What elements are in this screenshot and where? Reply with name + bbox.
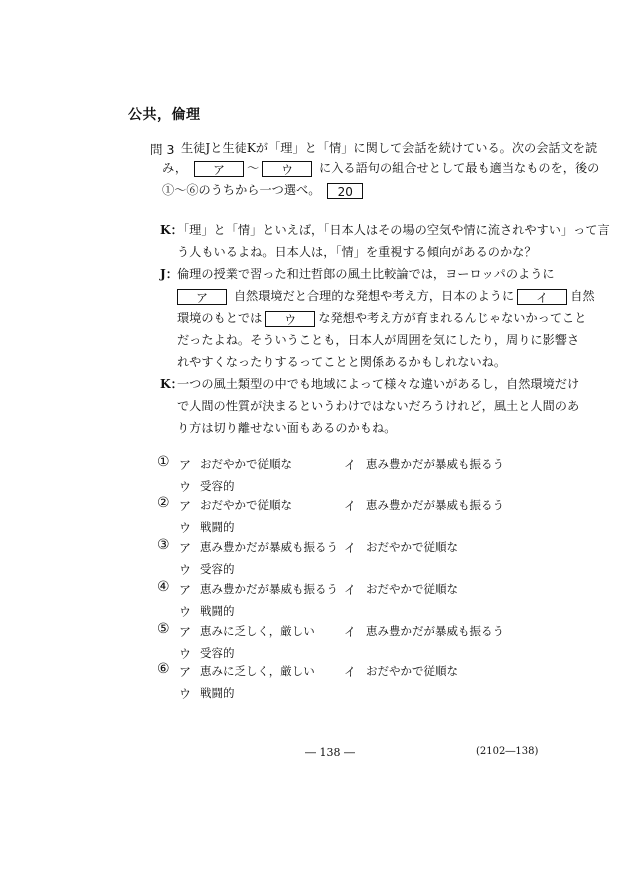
option-2-i-text: 恵み豊かだが暴威も振るう <box>366 497 504 513</box>
option-5-u-text: 受容的 <box>200 645 235 661</box>
blank-box-a: ア <box>194 161 244 177</box>
question-line3: ①～⑥のうちから一つ選べ。 <box>162 183 320 197</box>
option-4-u-label: ウ <box>179 603 191 620</box>
question-text-line3: ①～⑥のうちから一つ選べ。 20 <box>162 181 366 199</box>
option-4-a-label: ア <box>179 581 191 598</box>
option-5-i-label: イ <box>344 623 356 640</box>
option-2-i-label: イ <box>344 497 356 514</box>
page-number: ― 138 ― <box>305 746 355 759</box>
option-5-a-text: 恵みに乏しく，厳しい <box>200 623 315 639</box>
question-label: 問 3 <box>150 140 174 158</box>
option-2-u-text: 戦闘的 <box>200 519 235 535</box>
option-2-number[interactable]: ② <box>157 495 170 511</box>
dialogue-j-line1: 倫理の授業で習った和辻哲郎の風土比較論では，ヨーロッパのように <box>177 265 555 283</box>
option-3-i-label: イ <box>344 539 356 556</box>
option-6-a-label: ア <box>179 663 191 680</box>
option-1-a-label: ア <box>179 456 191 473</box>
option-4-i-label: イ <box>344 581 356 598</box>
dialogue-k2-line2: で人間の性質が決まるというわけではないだろうけれど，風土と人間のあ <box>177 397 579 415</box>
option-2-a-label: ア <box>179 497 191 514</box>
dialogue-j-line3: 環境のもとではウな発想や考え方が育まれるんじゃないかってこと <box>177 309 586 327</box>
question-line2-prefix: み， <box>162 161 187 175</box>
option-5-number[interactable]: ⑤ <box>157 621 170 637</box>
option-3-a-label: ア <box>179 539 191 556</box>
option-3-i-text: おだやかで従順な <box>366 539 458 555</box>
dialogue-j-line2: ア 自然環境だと合理的な発想や考え方，日本のようにイ自然 <box>174 287 595 305</box>
blank-box-i-inline: イ <box>517 289 567 305</box>
tilde: ～ <box>247 161 259 175</box>
option-2-u-label: ウ <box>179 519 191 536</box>
blank-box-u: ウ <box>262 161 312 177</box>
option-1-i-text: 恵み豊かだが暴威も振るう <box>366 456 504 472</box>
option-6-i-text: おだやかで従順な <box>366 663 458 679</box>
option-1-u-label: ウ <box>179 478 191 495</box>
page-code: (2102―138) <box>476 746 538 757</box>
option-1-i-label: イ <box>344 456 356 473</box>
option-4-i-text: おだやかで従順な <box>366 581 458 597</box>
option-6-a-text: 恵みに乏しく，厳しい <box>200 663 315 679</box>
option-3-a-text: 恵み豊かだが暴威も振るう <box>200 539 338 555</box>
question-text-line1: 生徒Jと生徒Kが「理」と「情」に関して会話を続けている。次の会話文を読 <box>181 139 597 157</box>
option-3-u-text: 受容的 <box>200 561 235 577</box>
dialogue-j-line2-mid: 自然環境だと合理的な発想や考え方，日本のように <box>234 289 514 303</box>
dialogue-j-line4: だったよね。そういうことも，日本人が周囲を気にしたり，周りに影響さ <box>177 331 579 349</box>
dialogue-j-line3-post: な発想や考え方が育まれるんじゃないかってこと <box>318 311 586 325</box>
question-line2-suffix: に入る語句の組合せとして最も適当なものを，後の <box>319 161 599 175</box>
dialogue-j-line3-pre: 環境のもとでは <box>177 311 262 325</box>
blank-box-a-inline: ア <box>177 289 227 305</box>
dialogue-k2-line1: 一つの風土類型の中でも地域によって様々な違いがあるし，自然環境だけ <box>177 375 579 393</box>
option-3-number[interactable]: ③ <box>157 537 170 553</box>
option-2-a-text: おだやかで従順な <box>200 497 292 513</box>
section-title: 公共，倫理 <box>128 104 201 124</box>
option-6-u-label: ウ <box>179 685 191 702</box>
option-5-a-label: ア <box>179 623 191 640</box>
option-3-u-label: ウ <box>179 561 191 578</box>
option-1-a-text: おだやかで従順な <box>200 456 292 472</box>
option-6-u-text: 戦闘的 <box>200 685 235 701</box>
option-6-number[interactable]: ⑥ <box>157 661 170 677</box>
dialogue-k1-line1: 「理」と「情」といえば，「日本人はその場の空気や情に流されやすい」って言 <box>177 221 610 239</box>
blank-box-u-inline: ウ <box>265 311 315 327</box>
option-4-u-text: 戦闘的 <box>200 603 235 619</box>
dialogue-k1-line2: う人もいるよね。日本人は，「情」を重視する傾向があるのかな？ <box>177 243 537 261</box>
option-4-a-text: 恵み豊かだが暴威も振るう <box>200 581 338 597</box>
option-1-u-text: 受容的 <box>200 478 235 494</box>
option-5-u-label: ウ <box>179 645 191 662</box>
question-text-line2: み， ア～ウ に入る語句の組合せとして最も適当なものを，後の <box>162 159 599 177</box>
speaker-j: J： <box>160 265 178 283</box>
dialogue-j-line2-end: 自然 <box>570 289 594 303</box>
answer-number-box: 20 <box>327 183 363 199</box>
dialogue-k2-line3: り方は切り離せない面もあるのかもね。 <box>177 419 396 437</box>
option-6-i-label: イ <box>344 663 356 680</box>
dialogue-j-line5: れやすくなったりするってことと関係あるかもしれないね。 <box>177 353 506 371</box>
option-4-number[interactable]: ④ <box>157 579 170 595</box>
option-1-number[interactable]: ① <box>157 454 170 470</box>
option-5-i-text: 恵み豊かだが暴威も振るう <box>366 623 504 639</box>
